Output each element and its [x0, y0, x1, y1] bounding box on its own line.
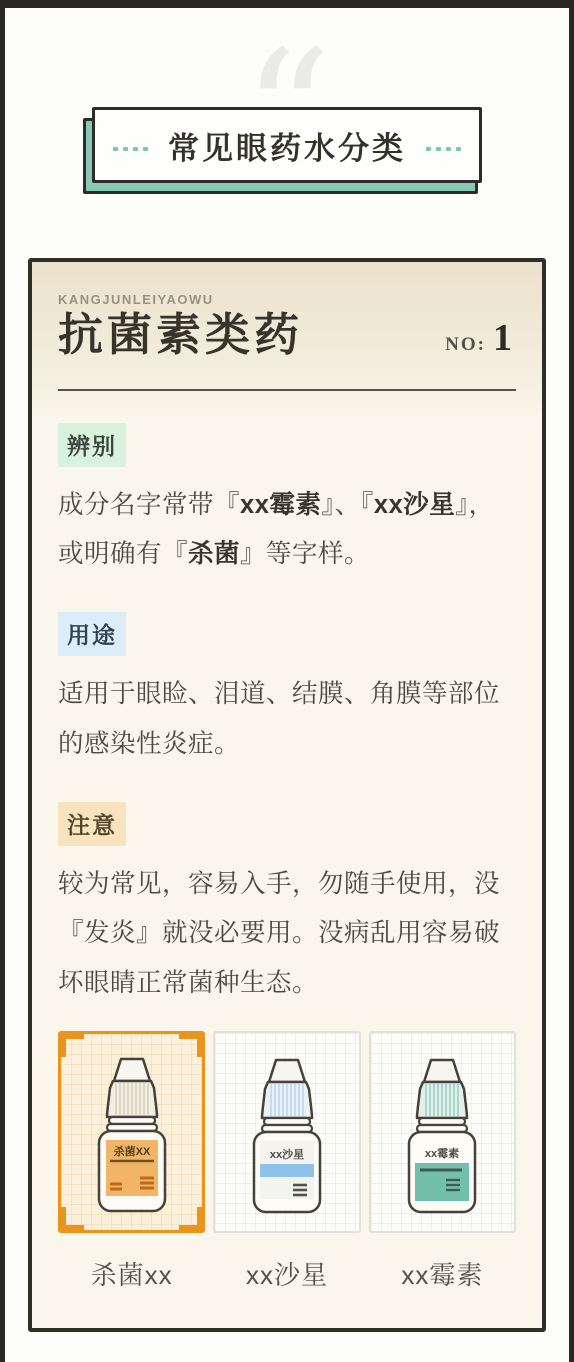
bottle-panel-meisu: xx霉素 — [369, 1031, 516, 1233]
infographic-page: “ 常见眼药水分类 KANGJUNLEIYAOWU 抗菌素类药 NO:1 辨别 … — [0, 0, 574, 1362]
header-title-box: 常见眼药水分类 — [92, 107, 482, 183]
note-text: 较为常见，容易入手，勿随手使用，没『发炎』就没必要用。没病乱用容易破坏眼睛正常菌… — [58, 860, 516, 1009]
note-section: 注意 — [58, 802, 516, 846]
usage-section: 用途 — [58, 612, 516, 656]
identify-section: 辨别 — [58, 423, 516, 467]
frame-top-bar — [0, 0, 574, 8]
frame-left-bar — [0, 0, 5, 1362]
bottle-caption: xx霉素 — [369, 1255, 516, 1292]
bottle-caption: xx沙星 — [213, 1255, 360, 1292]
eyedrop-bottle-shaxing-icon: xx沙星 — [235, 1055, 339, 1217]
bottle-panel-shajun: 杀菌XX — [58, 1031, 205, 1233]
bottle-panel-shaxing: xx沙星 — [213, 1031, 360, 1233]
bottle-captions: 杀菌xx xx沙星 xx霉素 — [58, 1255, 516, 1292]
card-number-label: NO: — [445, 334, 486, 355]
bottle-caption: 杀菌xx — [58, 1255, 205, 1292]
svg-text:xx沙星: xx沙星 — [270, 1147, 304, 1161]
eyedrop-bottle-meisu-icon: xx霉素 — [390, 1055, 494, 1217]
note-badge: 注意 — [58, 802, 126, 846]
usage-badge: 用途 — [58, 612, 126, 656]
card-number-value: 1 — [493, 317, 512, 359]
card-pinyin-tag: KANGJUNLEIYAOWU — [58, 292, 516, 307]
card-number: NO:1 — [445, 316, 516, 360]
eyedrop-bottle-shajun-icon: 杀菌XX — [80, 1054, 184, 1216]
identify-badge: 辨别 — [58, 423, 126, 467]
dots-left-icon — [113, 147, 148, 151]
page-title: 常见眼药水分类 — [168, 123, 406, 168]
divider-line — [58, 389, 516, 391]
identify-text: 成分名字常带『xx霉素』、『xx沙星』，或明确有『杀菌』等字样。 — [58, 481, 516, 580]
frame-right-bar — [569, 0, 574, 1362]
card-title: 抗菌素类药 — [58, 309, 303, 361]
svg-text:xx霉素: xx霉素 — [425, 1146, 459, 1160]
dots-right-icon — [426, 147, 461, 151]
page-header: 常见眼药水分类 — [92, 107, 482, 183]
usage-text: 适用于眼睑、泪道、结膜、角膜等部位的感染性炎症。 — [58, 670, 516, 769]
category-card: KANGJUNLEIYAOWU 抗菌素类药 NO:1 辨别 成分名字常带『xx霉… — [28, 258, 546, 1332]
card-title-row: 抗菌素类药 NO:1 — [58, 309, 516, 361]
bottle-panels: 杀菌XX — [58, 1031, 516, 1233]
svg-text:杀菌XX: 杀菌XX — [113, 1144, 150, 1158]
